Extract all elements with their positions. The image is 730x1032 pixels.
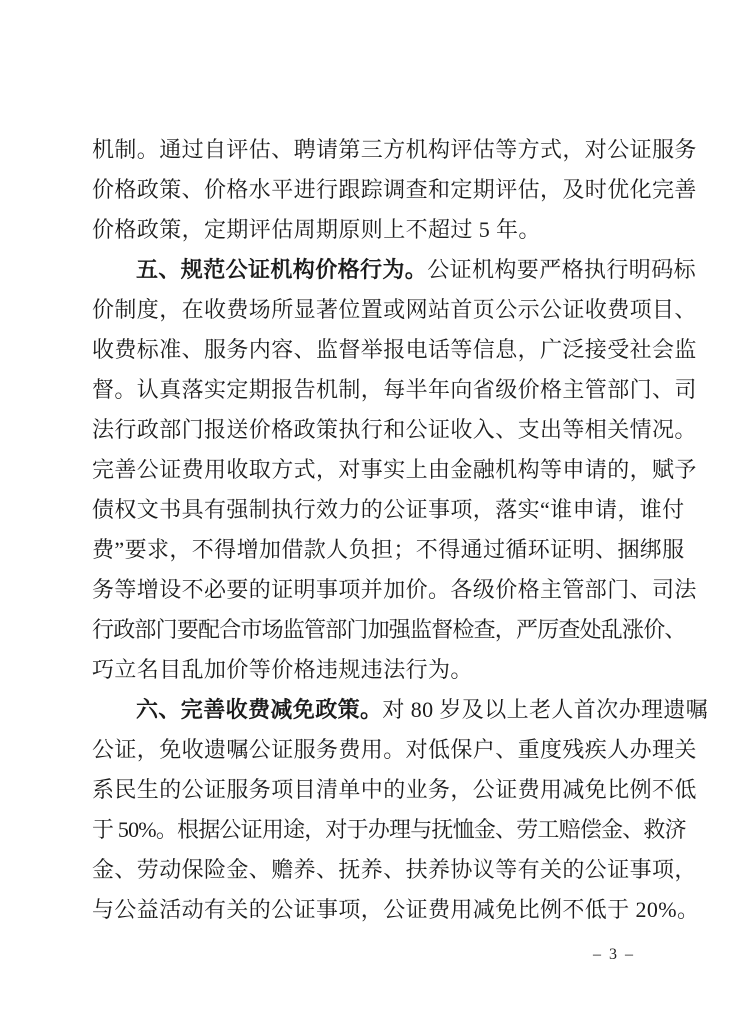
text-line: 法行政部门报送价格政策执行和公证收入、支出等相关情况。: [92, 410, 700, 450]
page-number: – 3 –: [593, 943, 635, 967]
text-line: 务等增设不必要的证明事项并加价。各级价格主管部门、司法: [92, 570, 700, 610]
text-line: 于 50%。根据公证用途，对于办理与抚恤金、劳工赔偿金、救济: [92, 810, 700, 850]
text-line: 系民生的公证服务项目清单中的业务，公证费用减免比例不低: [92, 770, 700, 810]
section-6-heading-line: 六、完善收费减免政策。对 80 岁及以上老人首次办理遗嘱: [92, 690, 700, 730]
text-line: 行政部门要配合市场监管部门加强监督检查，严厉查处乱涨价、: [92, 610, 700, 650]
text-line: 完善公证费用收取方式，对事实上由金融机构等申请的，赋予: [92, 450, 700, 490]
text-line: 公证，免收遗嘱公证服务费用。对低保户、重度残疾人办理关: [92, 730, 700, 770]
section-5-heading-line: 五、规范公证机构价格行为。公证机构要严格执行明码标: [92, 250, 700, 290]
section-5-heading: 五、规范公证机构价格行为。: [136, 257, 427, 282]
section-6-heading-line-rest: 对 80 岁及以上老人首次办理遗嘱: [382, 697, 708, 722]
text-line: 机制。通过自评估、聘请第三方机构评估等方式，对公证服务: [92, 130, 700, 170]
section-6-heading: 六、完善收费减免政策。: [136, 697, 382, 722]
document-page: 机制。通过自评估、聘请第三方机构评估等方式，对公证服务 价格政策、价格水平进行跟…: [0, 0, 730, 1032]
text-line: 督。认真落实定期报告机制，每半年向省级价格主管部门、司: [92, 370, 700, 410]
document-body: 机制。通过自评估、聘请第三方机构评估等方式，对公证服务 价格政策、价格水平进行跟…: [92, 130, 700, 930]
text-line: 巧立名目乱加价等价格违规违法行为。: [92, 650, 700, 690]
text-line: 价制度，在收费场所显著位置或网站首页公示公证收费项目、: [92, 290, 700, 330]
text-line: 收费标准、服务内容、监督举报电话等信息，广泛接受社会监: [92, 330, 700, 370]
text-line: 价格政策、价格水平进行跟踪调查和定期评估，及时优化完善: [92, 170, 700, 210]
text-line: 与公益活动有关的公证事项，公证费用减免比例不低于 20%。: [92, 890, 700, 930]
text-line: 金、劳动保险金、赡养、抚养、扶养协议等有关的公证事项，: [92, 850, 700, 890]
section-5-heading-line-rest: 公证机构要严格执行明码标: [427, 257, 696, 282]
text-line: 债权文书具有强制执行效力的公证事项，落实“谁申请，谁付: [92, 490, 700, 530]
text-line: 费”要求，不得增加借款人负担；不得通过循环证明、捆绑服: [92, 530, 700, 570]
text-line: 价格政策，定期评估周期原则上不超过 5 年。: [92, 210, 700, 250]
